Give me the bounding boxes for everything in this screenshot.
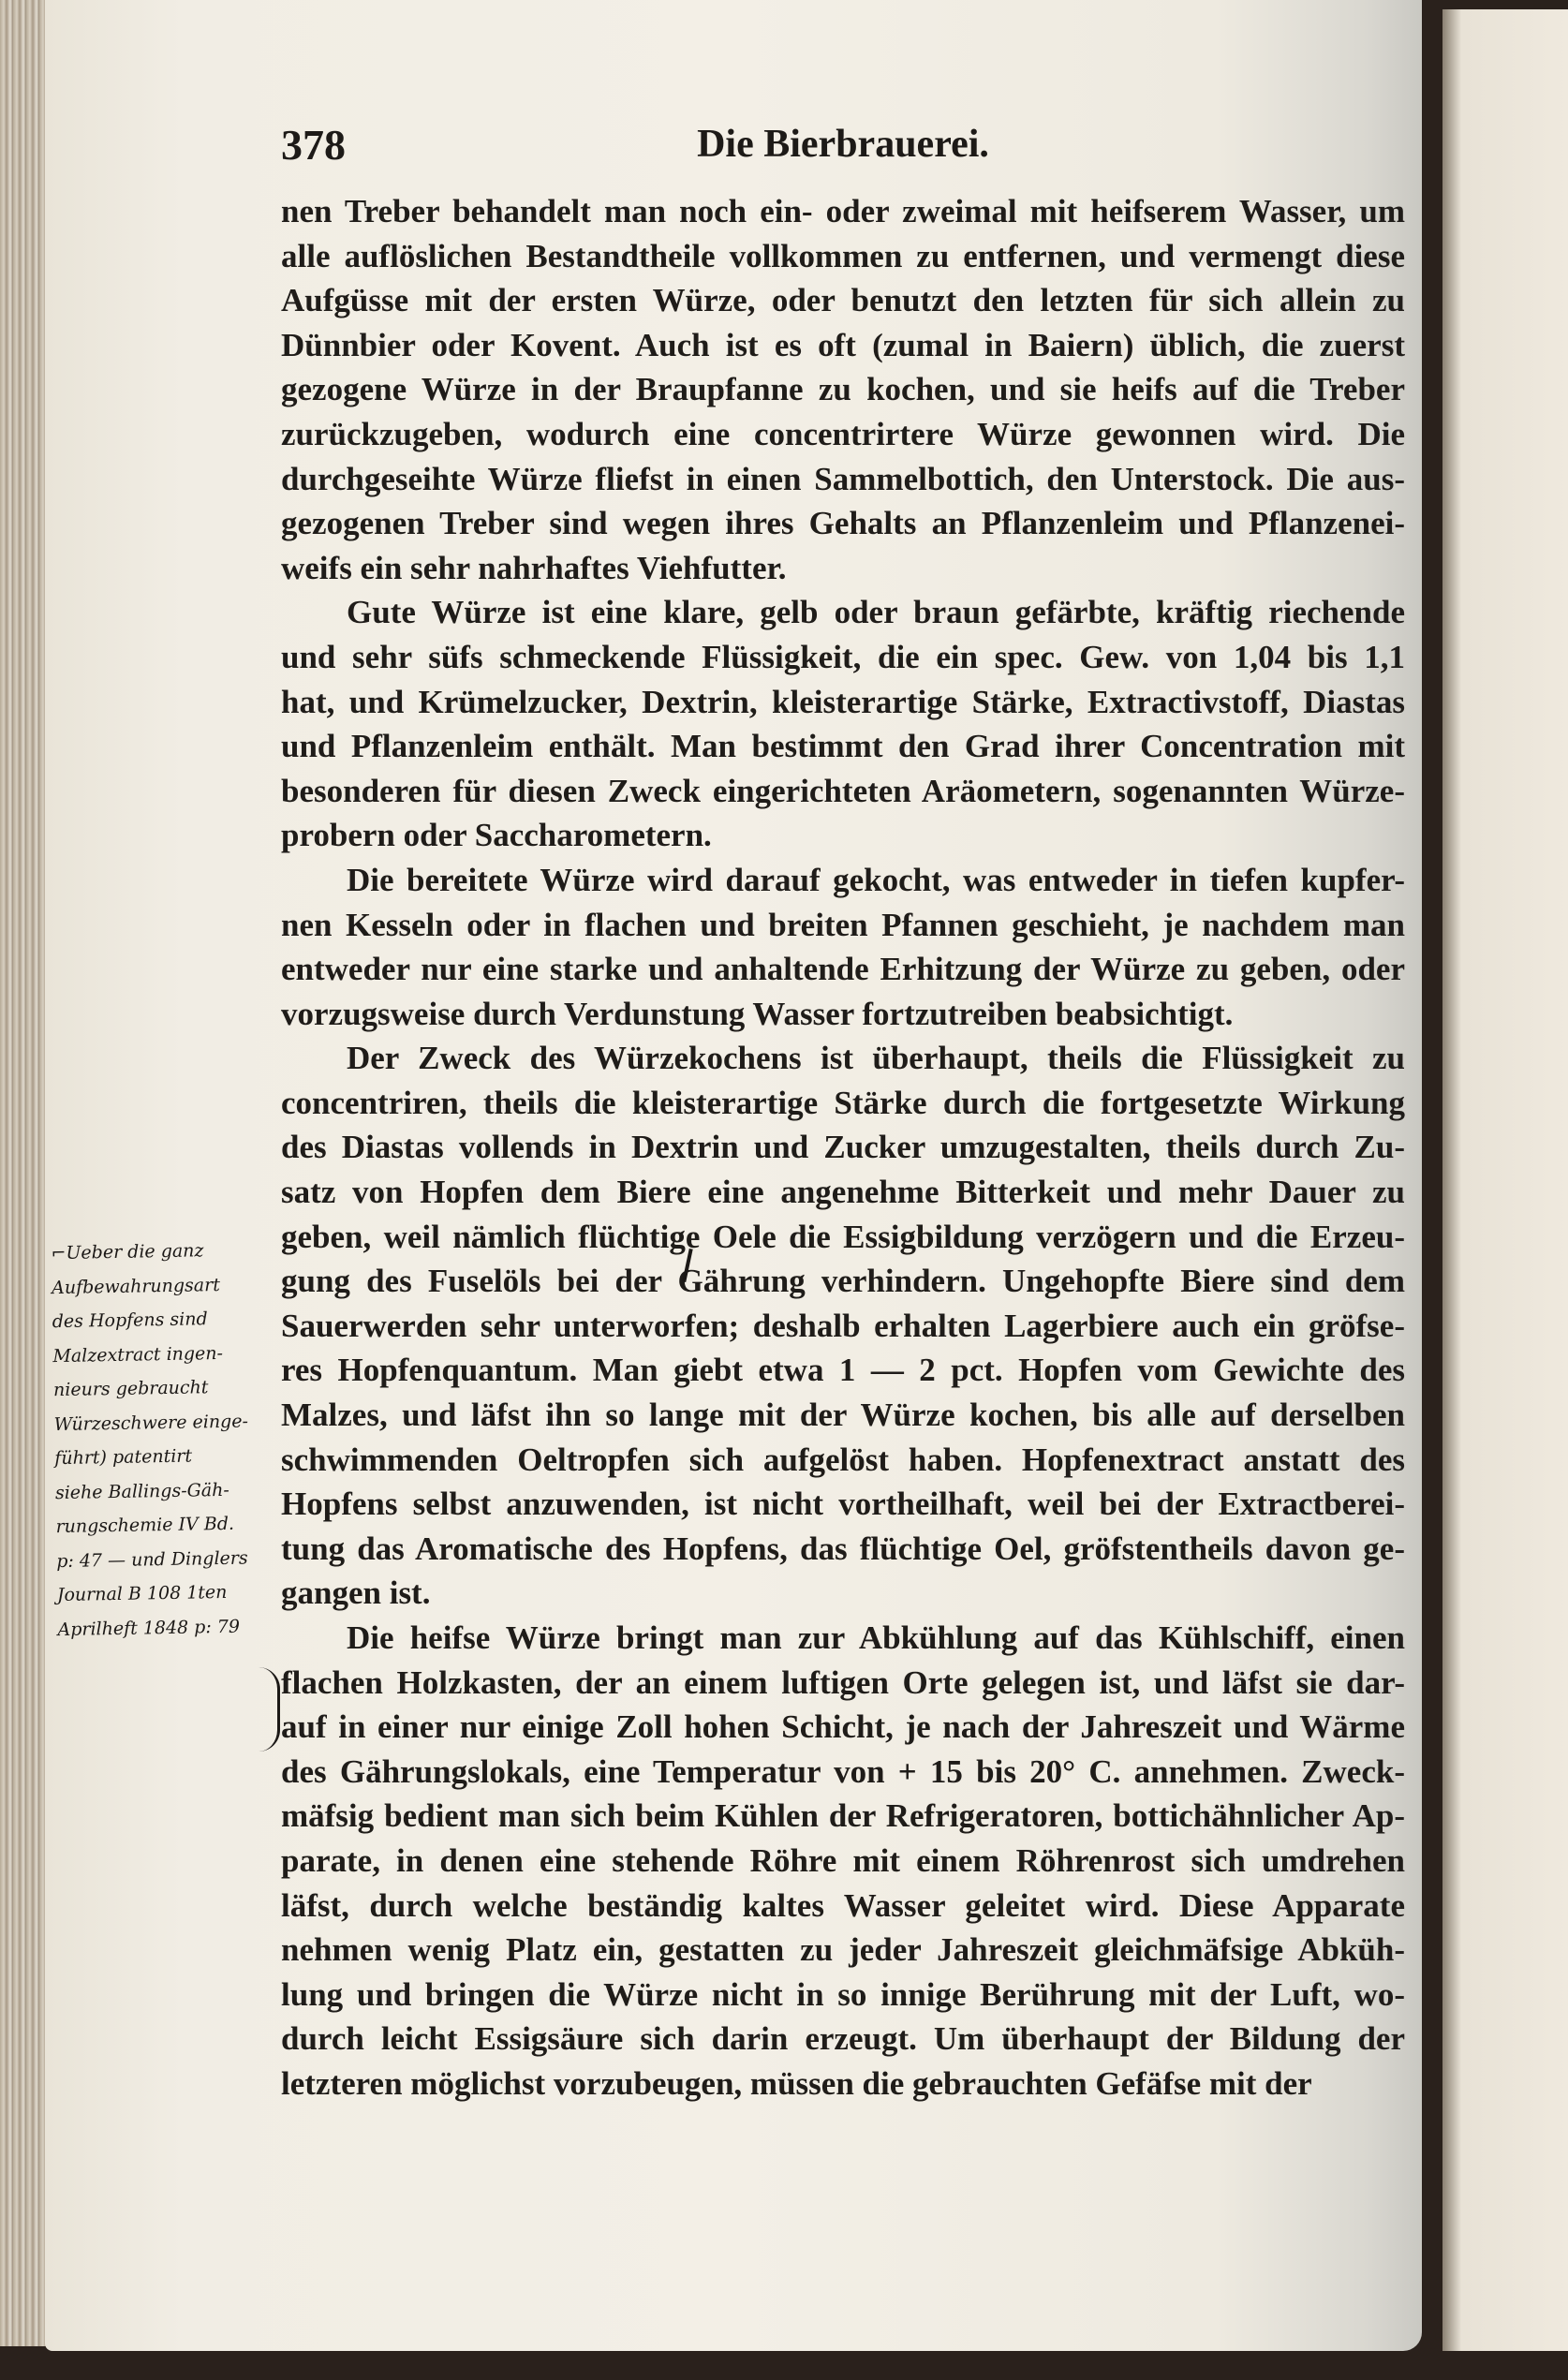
margin-note-line: siehe Ballings-Gäh- (55, 1471, 281, 1510)
text-line: gezogenen Treber sind wegen ihres Gehalt… (281, 501, 1405, 546)
text-line: Die bereitete Würze wird darauf gekocht,… (281, 858, 1405, 903)
text-line: und Pflanzenleim enthält. Man bestimmt d… (281, 724, 1405, 769)
margin-note-line: ⌐Ueber die ganz (51, 1233, 276, 1271)
text-line: Gute Würze ist eine klare, gelb oder bra… (281, 590, 1405, 635)
text-line: concentriren, theils die kleisterartige … (281, 1081, 1405, 1126)
text-line: weifs ein sehr nahrhaftes Viehfutter. (281, 546, 1405, 591)
text-line: alle auflöslichen Bestandtheile vollkomm… (281, 234, 1405, 279)
text-line: nehmen wenig Platz ein, gestatten zu jed… (281, 1928, 1405, 1973)
text-line: gezogene Würze in der Braupfanne zu koch… (281, 367, 1405, 412)
text-line: parate, in denen eine stehende Röhre mit… (281, 1839, 1405, 1884)
text-line: Aufgüsse mit der ersten Würze, oder benu… (281, 278, 1405, 323)
text-line: Sauerwerden sehr unterworfen; deshalb er… (281, 1304, 1405, 1349)
text-line: gangen ist. (281, 1571, 1405, 1616)
text-line: letzteren möglichst vorzubeugen, müssen … (281, 2062, 1405, 2107)
text-line: schwimmenden Oeltropfen sich aufgelöst h… (281, 1438, 1405, 1483)
running-title: Die Bierbrauerei. (281, 122, 1405, 167)
margin-note-line: p: 47 — und Dinglers (56, 1540, 282, 1578)
text-line: res Hopfenquantum. Man giebt etwa 1 — 2 … (281, 1348, 1405, 1393)
text-line: geben, weil nämlich flüchtige Oele die E… (281, 1215, 1405, 1260)
margin-note-line: Würzeschwere einge- (53, 1403, 279, 1441)
body-text: nen Treber behandelt man noch ein- oder … (281, 189, 1405, 2107)
text-line: Dünnbier oder Kovent. Auch ist es oft (z… (281, 323, 1405, 368)
text-line: hat, und Krümelzucker, Dextrin, kleister… (281, 680, 1405, 725)
margin-note-line: Aufbewahrungsart (52, 1266, 277, 1305)
text-line: probern oder Saccharometern. (281, 813, 1405, 858)
text-line: satz von Hopfen dem Biere eine angenehme… (281, 1170, 1405, 1215)
handwritten-margin-note: ⌐Ueber die ganzAufbewahrungsartdes Hopfe… (51, 1233, 283, 1647)
text-line: Hopfens selbst anzuwenden, ist nicht vor… (281, 1482, 1405, 1527)
running-head: 378 Die Bierbrauerei. (281, 120, 1405, 176)
text-line: läfst, durch welche beständig kaltes Was… (281, 1884, 1405, 1929)
text-line: auf in einer nur einige Zoll hohen Schic… (281, 1705, 1405, 1750)
margin-note-line: des Hopfens sind (52, 1301, 277, 1339)
text-line: nen Treber behandelt man noch ein- oder … (281, 189, 1405, 234)
margin-note-line: Malzextract ingen- (52, 1335, 278, 1373)
text-line: Der Zweck des Würzekochens ist überhaupt… (281, 1036, 1405, 1081)
text-line: besonderen für diesen Zweck eingerichtet… (281, 769, 1405, 814)
text-line: des Gährungslokals, eine Temperatur von … (281, 1750, 1405, 1795)
text-line: vorzugsweise durch Verdunstung Wasser fo… (281, 992, 1405, 1037)
text-line: tung das Aromatische des Hopfens, das fl… (281, 1527, 1405, 1572)
text-line: zurückzugeben, wodurch eine concentrirte… (281, 412, 1405, 457)
text-line: gung des Fuselöls bei der Gährung verhin… (281, 1259, 1405, 1304)
text-line: Die heifse Würze bringt man zur Abkühlun… (281, 1616, 1405, 1661)
text-line: mäfsig bedient man sich beim Kühlen der … (281, 1794, 1405, 1839)
text-line: des Diastas vollends in Dextrin und Zuck… (281, 1125, 1405, 1170)
margin-note-line: nieurs gebraucht (53, 1369, 279, 1408)
closing-bracket-mark (259, 1667, 280, 1752)
margin-note-line: Journal B 108 1ten (57, 1574, 283, 1613)
text-line: durch leicht Essigsäure sich darin erzeu… (281, 2017, 1405, 2062)
facing-page-edge (1442, 9, 1568, 2351)
text-line: und sehr süfs schmeckende Flüssigkeit, d… (281, 635, 1405, 680)
text-line: durchgeseihte Würze fliefst in einen Sam… (281, 457, 1405, 502)
text-line: flachen Holzkasten, der an einem luftige… (281, 1661, 1405, 1706)
margin-note-line: Aprilheft 1848 p: 79 (57, 1608, 283, 1647)
text-line: lung und bringen die Würze nicht in so i… (281, 1973, 1405, 2018)
text-line: nen Kesseln oder in flachen und breiten … (281, 903, 1405, 948)
margin-note-line: rungschemie IV Bd. (55, 1506, 281, 1545)
margin-note-line: führt) patentirt (54, 1438, 280, 1476)
text-line: entweder nur eine starke und anhaltende … (281, 947, 1405, 992)
text-line: Malzes, und läfst ihn so lange mit der W… (281, 1393, 1405, 1438)
